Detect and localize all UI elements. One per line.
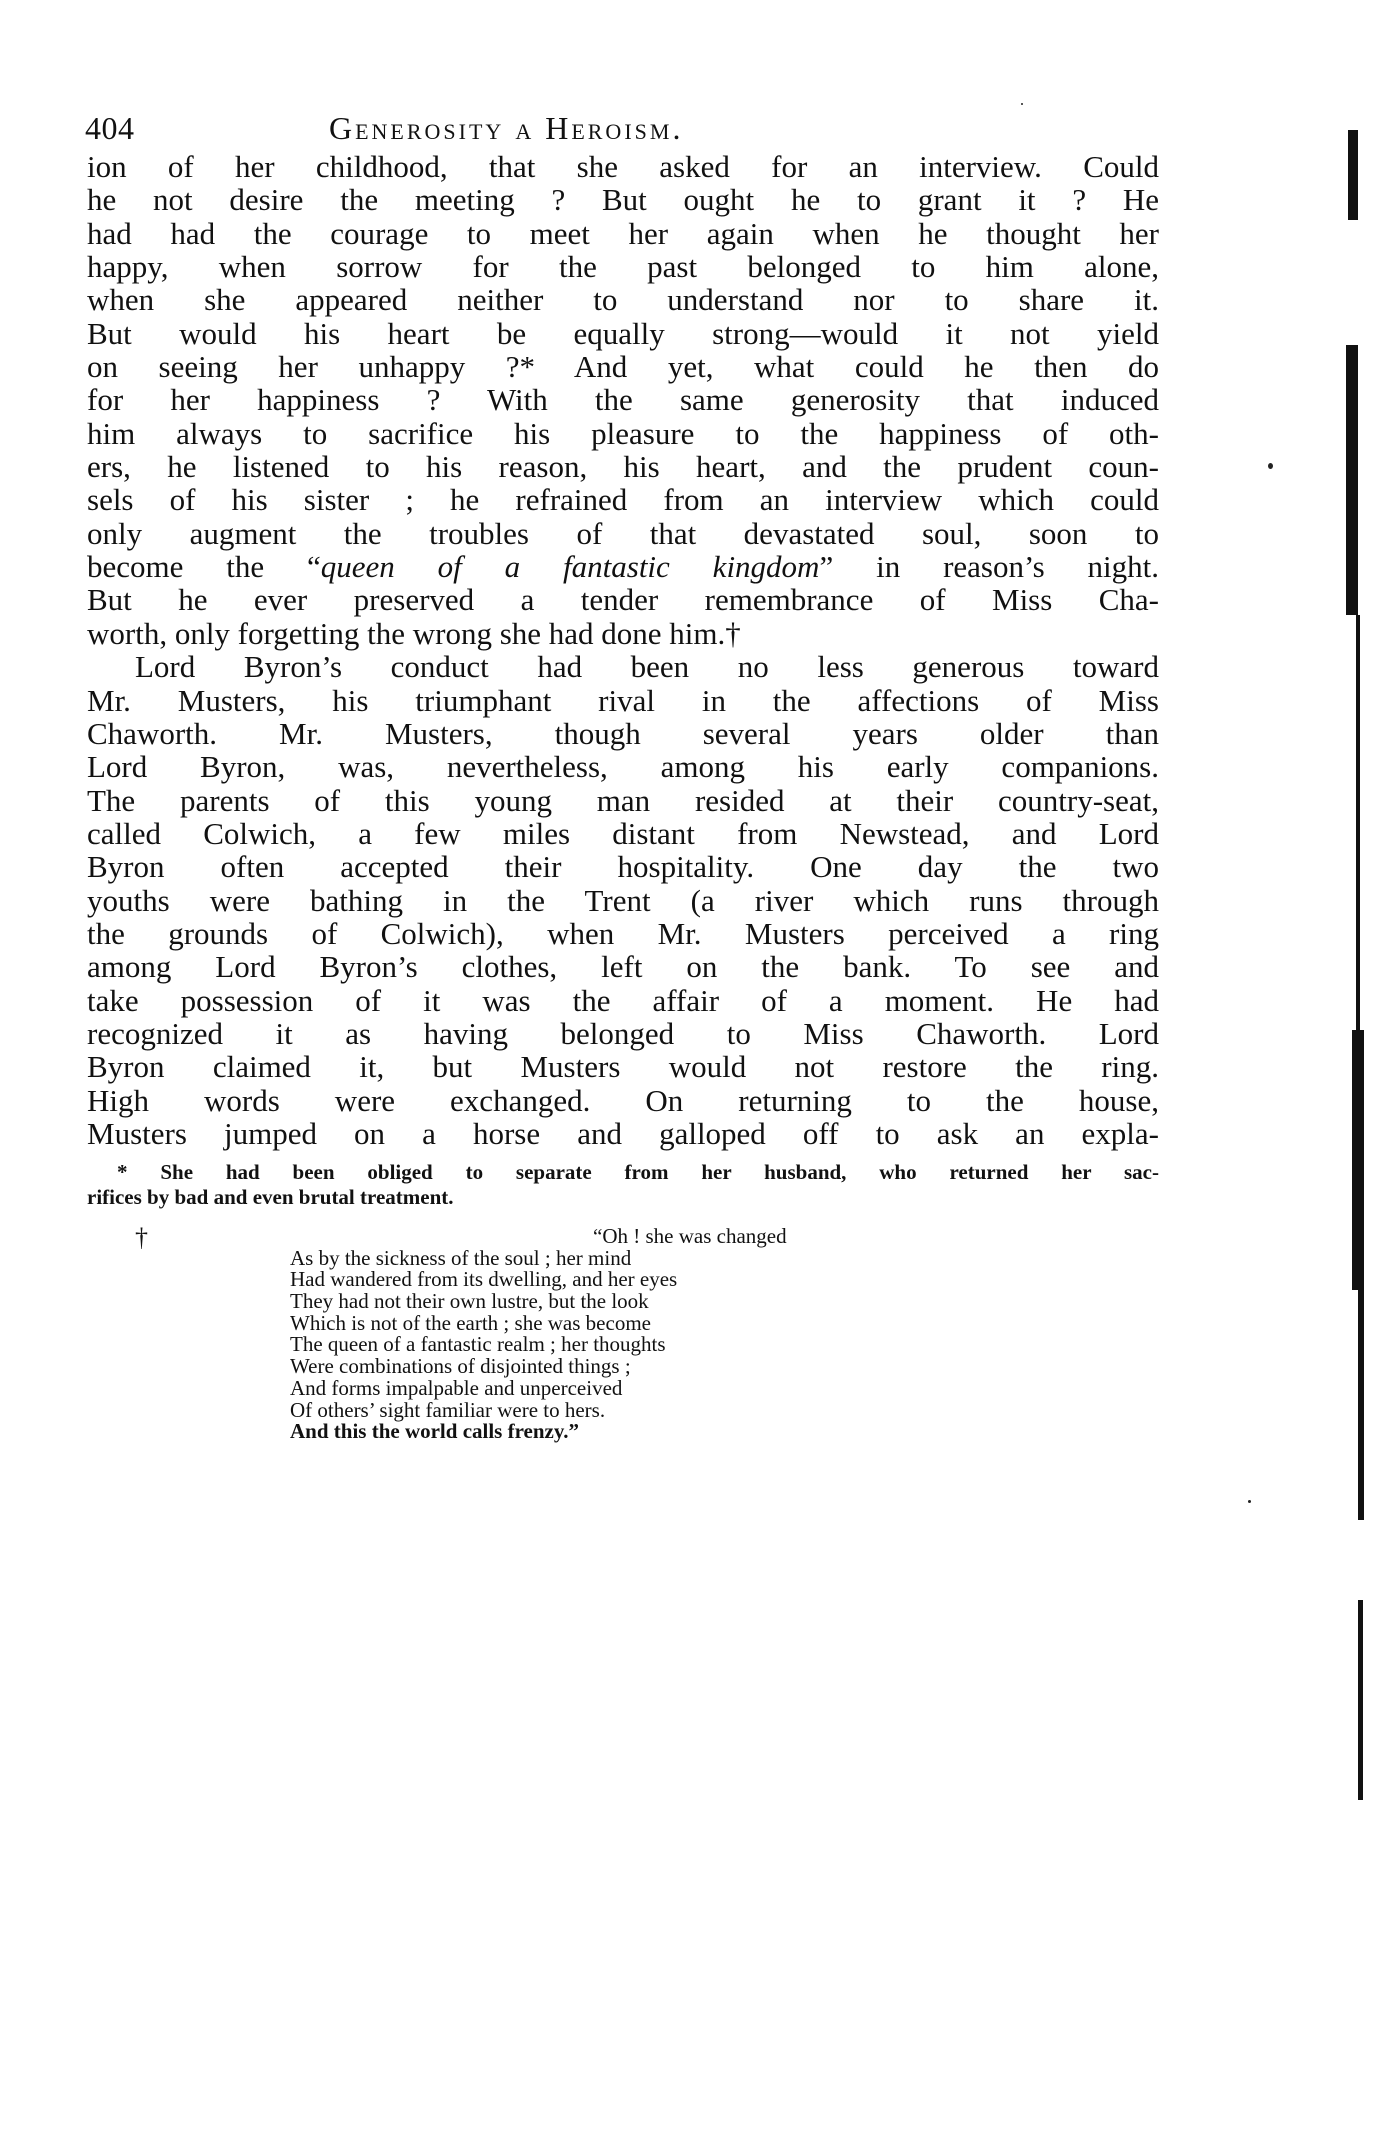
body-text: ion of her childhood, that she asked for… bbox=[87, 150, 1159, 1150]
text-line: only augment the troubles of that devast… bbox=[87, 517, 1159, 550]
text-line: ers, he listened to his reason, his hear… bbox=[87, 450, 1159, 483]
poem-line: They had not their own lustre, but the l… bbox=[290, 1291, 787, 1313]
book-page: 404 Generosity a Heroism. ion of her chi… bbox=[0, 0, 1380, 2135]
text-line: for her happiness ? With the same genero… bbox=[87, 383, 1159, 416]
text-line-with-italic-quote: become the “queen of a fantastic kingdom… bbox=[87, 550, 1159, 583]
text-line: The parents of this young man resided at… bbox=[87, 784, 1159, 817]
text-segment: ” in reason’s night. bbox=[819, 549, 1159, 584]
text-line: sels of his sister ; he refrained from a… bbox=[87, 483, 1159, 516]
binding-shadow bbox=[1346, 345, 1358, 615]
footnote-star: * She had been obliged to separate from … bbox=[87, 1160, 1159, 1210]
text-line-paragraph-end: worth, only forgetting the wrong she had… bbox=[87, 617, 1159, 650]
running-title: Generosity a Heroism. bbox=[329, 108, 683, 148]
text-line: had had the courage to meet her again wh… bbox=[87, 217, 1159, 250]
binding-shadow bbox=[1358, 1290, 1364, 1520]
poem-line: The queen of a fantastic realm ; her tho… bbox=[290, 1334, 787, 1356]
italic-quote: queen of a fantastic kingdom bbox=[321, 549, 820, 584]
ink-speck bbox=[1248, 1500, 1251, 1503]
dagger-footnote-marker: † bbox=[135, 1225, 148, 1251]
poem-line: Had wandered from its dwelling, and her … bbox=[290, 1269, 787, 1291]
text-line: he not desire the meeting ? But ought he… bbox=[87, 183, 1159, 216]
text-line: ion of her childhood, that she asked for… bbox=[87, 150, 1159, 183]
text-line: him always to sacrifice his pleasure to … bbox=[87, 417, 1159, 450]
poem-line: Were combinations of disjointed things ; bbox=[290, 1356, 787, 1378]
text-line: happy, when sorrow for the past belonged… bbox=[87, 250, 1159, 283]
text-segment: become the “ bbox=[87, 549, 321, 584]
page-number: 404 bbox=[85, 108, 135, 148]
text-line: when she appeared neither to understand … bbox=[87, 283, 1159, 316]
text-line: youths were bathing in the Trent (a rive… bbox=[87, 884, 1159, 917]
text-line: But he ever preserved a tender remembran… bbox=[87, 583, 1159, 616]
binding-shadow bbox=[1358, 1600, 1363, 1800]
text-line-paragraph-start: Lord Byron’s conduct had been no less ge… bbox=[87, 650, 1159, 683]
poem-line: As by the sickness of the soul ; her min… bbox=[290, 1248, 787, 1270]
poem-line: Of others’ sight familiar were to hers. bbox=[290, 1400, 787, 1422]
text-line: High words were exchanged. On returning … bbox=[87, 1084, 1159, 1117]
poem-line: And this the world calls frenzy.” bbox=[290, 1421, 787, 1443]
ink-speck bbox=[1021, 103, 1023, 105]
binding-shadow bbox=[1356, 615, 1360, 1030]
text-line: Byron claimed it, but Musters would not … bbox=[87, 1050, 1159, 1083]
poem-line: And forms impalpable and unperceived bbox=[290, 1378, 787, 1400]
text-line: recognized it as having belonged to Miss… bbox=[87, 1017, 1159, 1050]
text-line: on seeing her unhappy ?* And yet, what c… bbox=[87, 350, 1159, 383]
text-line: Byron often accepted their hospitality. … bbox=[87, 850, 1159, 883]
running-head: 404 Generosity a Heroism. bbox=[85, 108, 1165, 148]
text-line: among Lord Byron’s clothes, left on the … bbox=[87, 950, 1159, 983]
binding-shadow bbox=[1352, 1030, 1364, 1290]
text-line: Musters jumped on a horse and galloped o… bbox=[87, 1117, 1159, 1150]
text-line: Lord Byron, was, nevertheless, among his… bbox=[87, 750, 1159, 783]
text-line: the grounds of Colwich), when Mr. Muster… bbox=[87, 917, 1159, 950]
text-line: Chaworth. Mr. Musters, though several ye… bbox=[87, 717, 1159, 750]
footnote-line: * She had been obliged to separate from … bbox=[87, 1160, 1159, 1185]
poem-line: Which is not of the earth ; she was beco… bbox=[290, 1313, 787, 1335]
text-line: take possession of it was the affair of … bbox=[87, 984, 1159, 1017]
binding-shadow bbox=[1348, 130, 1358, 220]
footnote-line: rifices by bad and even brutal treatment… bbox=[87, 1185, 1159, 1210]
text-line: Mr. Musters, his triumphant rival in the… bbox=[87, 684, 1159, 717]
text-line: called Colwich, a few miles distant from… bbox=[87, 817, 1159, 850]
text-line: But would his heart be equally strong—wo… bbox=[87, 317, 1159, 350]
ink-speck bbox=[1268, 463, 1273, 469]
poem-line: “Oh ! she was changed bbox=[290, 1226, 787, 1248]
footnote-dagger-poem: “Oh ! she was changed As by the sickness… bbox=[290, 1226, 787, 1443]
